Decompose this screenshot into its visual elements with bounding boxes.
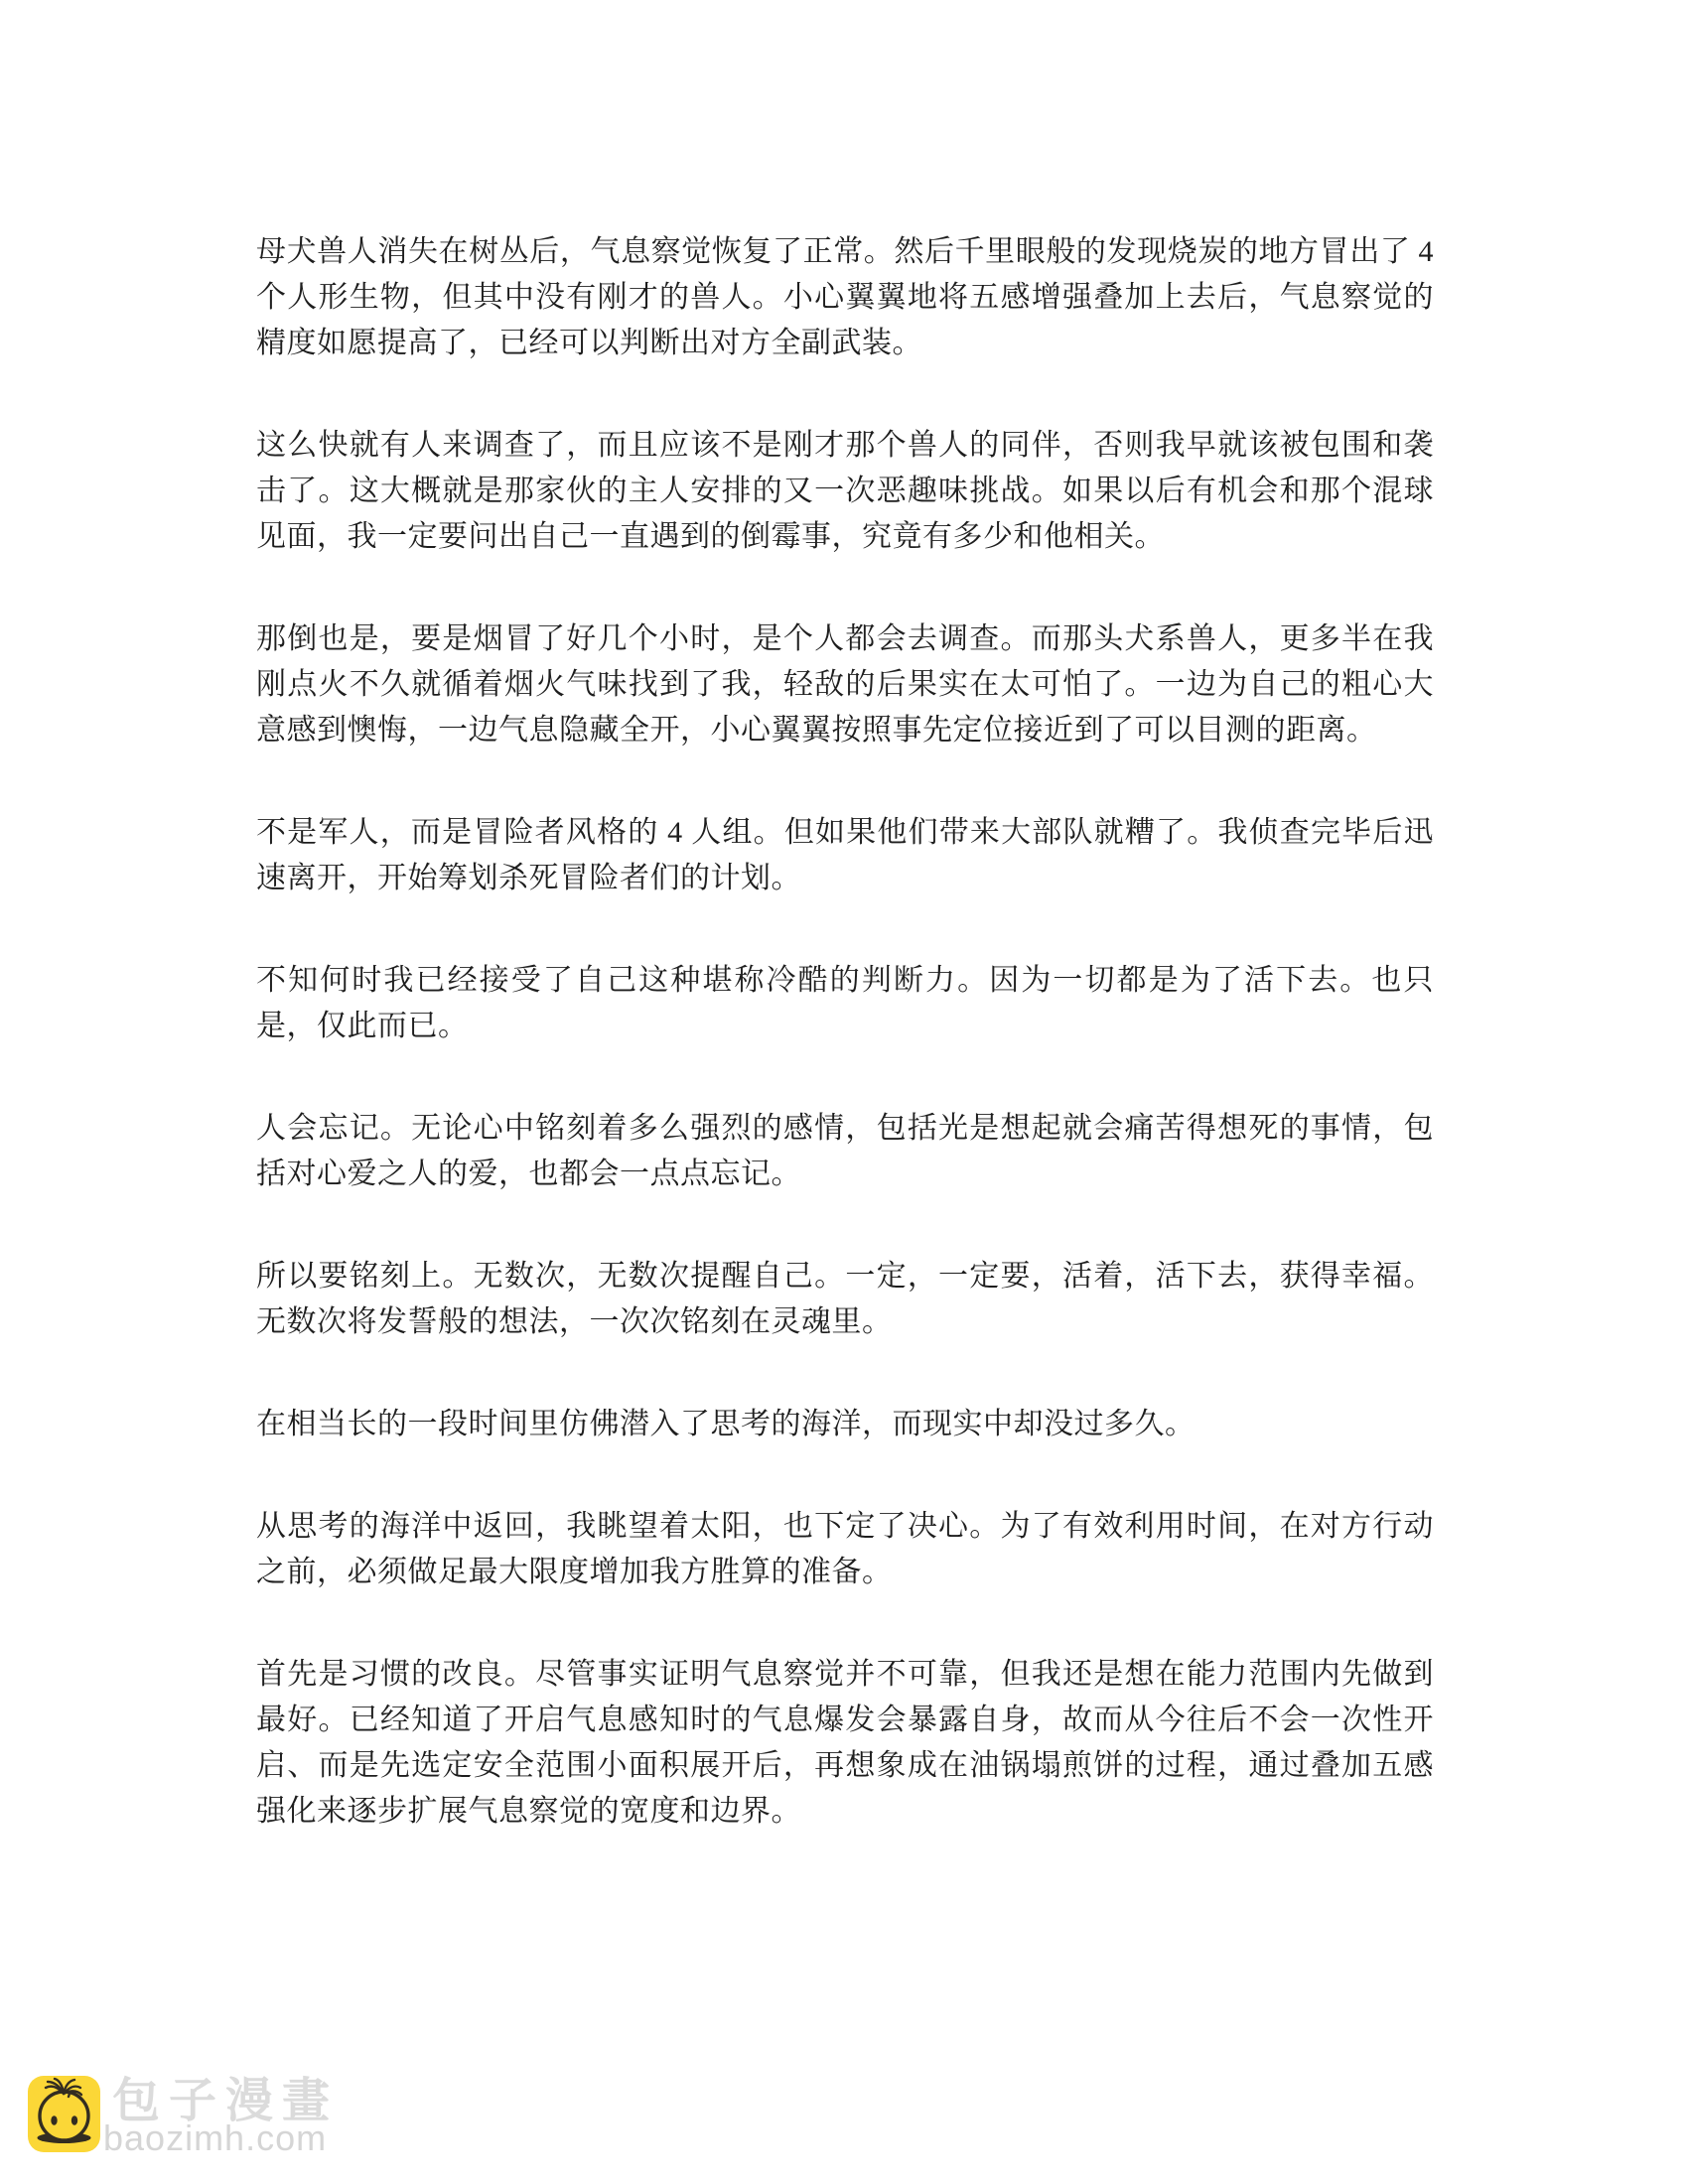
novel-text-block: 母犬兽人消失在树丛后，气息察觉恢复了正常。然后千里眼般的发现烧炭的地方冒出了 4… — [256, 229, 1434, 1891]
paragraph: 那倒也是，要是烟冒了好几个小时，是个人都会去调查。而那头犬系兽人，更多半在我刚点… — [256, 616, 1434, 753]
paragraph: 母犬兽人消失在树丛后，气息察觉恢复了正常。然后千里眼般的发现烧炭的地方冒出了 4… — [256, 229, 1434, 366]
paragraph: 不知何时我已经接受了自己这种堪称冷酷的判断力。因为一切都是为了活下去。也只是，仅… — [256, 958, 1434, 1049]
paragraph: 从思考的海洋中返回，我眺望着太阳，也下定了决心。为了有效利用时间，在对方行动之前… — [256, 1504, 1434, 1595]
paragraph: 在相当长的一段时间里仿佛潜入了思考的海洋，而现实中却没过多久。 — [256, 1402, 1434, 1447]
paragraph: 所以要铭刻上。无数次，无数次提醒自己。一定，一定要，活着，活下去，获得幸福。无数… — [256, 1254, 1434, 1345]
paragraph: 首先是习惯的改良。尽管事实证明气息察觉并不可靠，但我还是想在能力范围内先做到最好… — [256, 1652, 1434, 1835]
paragraph: 这么快就有人来调查了，而且应该不是刚才那个兽人的同伴，否则我早就该被包围和袭击了… — [256, 423, 1434, 560]
watermark-site-url: baozimh.com — [103, 2122, 327, 2154]
paragraph: 人会忘记。无论心中铭刻着多么强烈的感情，包括光是想起就会痛苦得想死的事情，包括对… — [256, 1106, 1434, 1197]
baozi-logo-icon — [28, 2076, 100, 2152]
paragraph: 不是军人，而是冒险者风格的 4 人组。但如果他们带来大部队就糟了。我侦查完毕后迅… — [256, 810, 1434, 901]
site-watermark: 包子漫畫 baozimh.com — [28, 2076, 445, 2165]
